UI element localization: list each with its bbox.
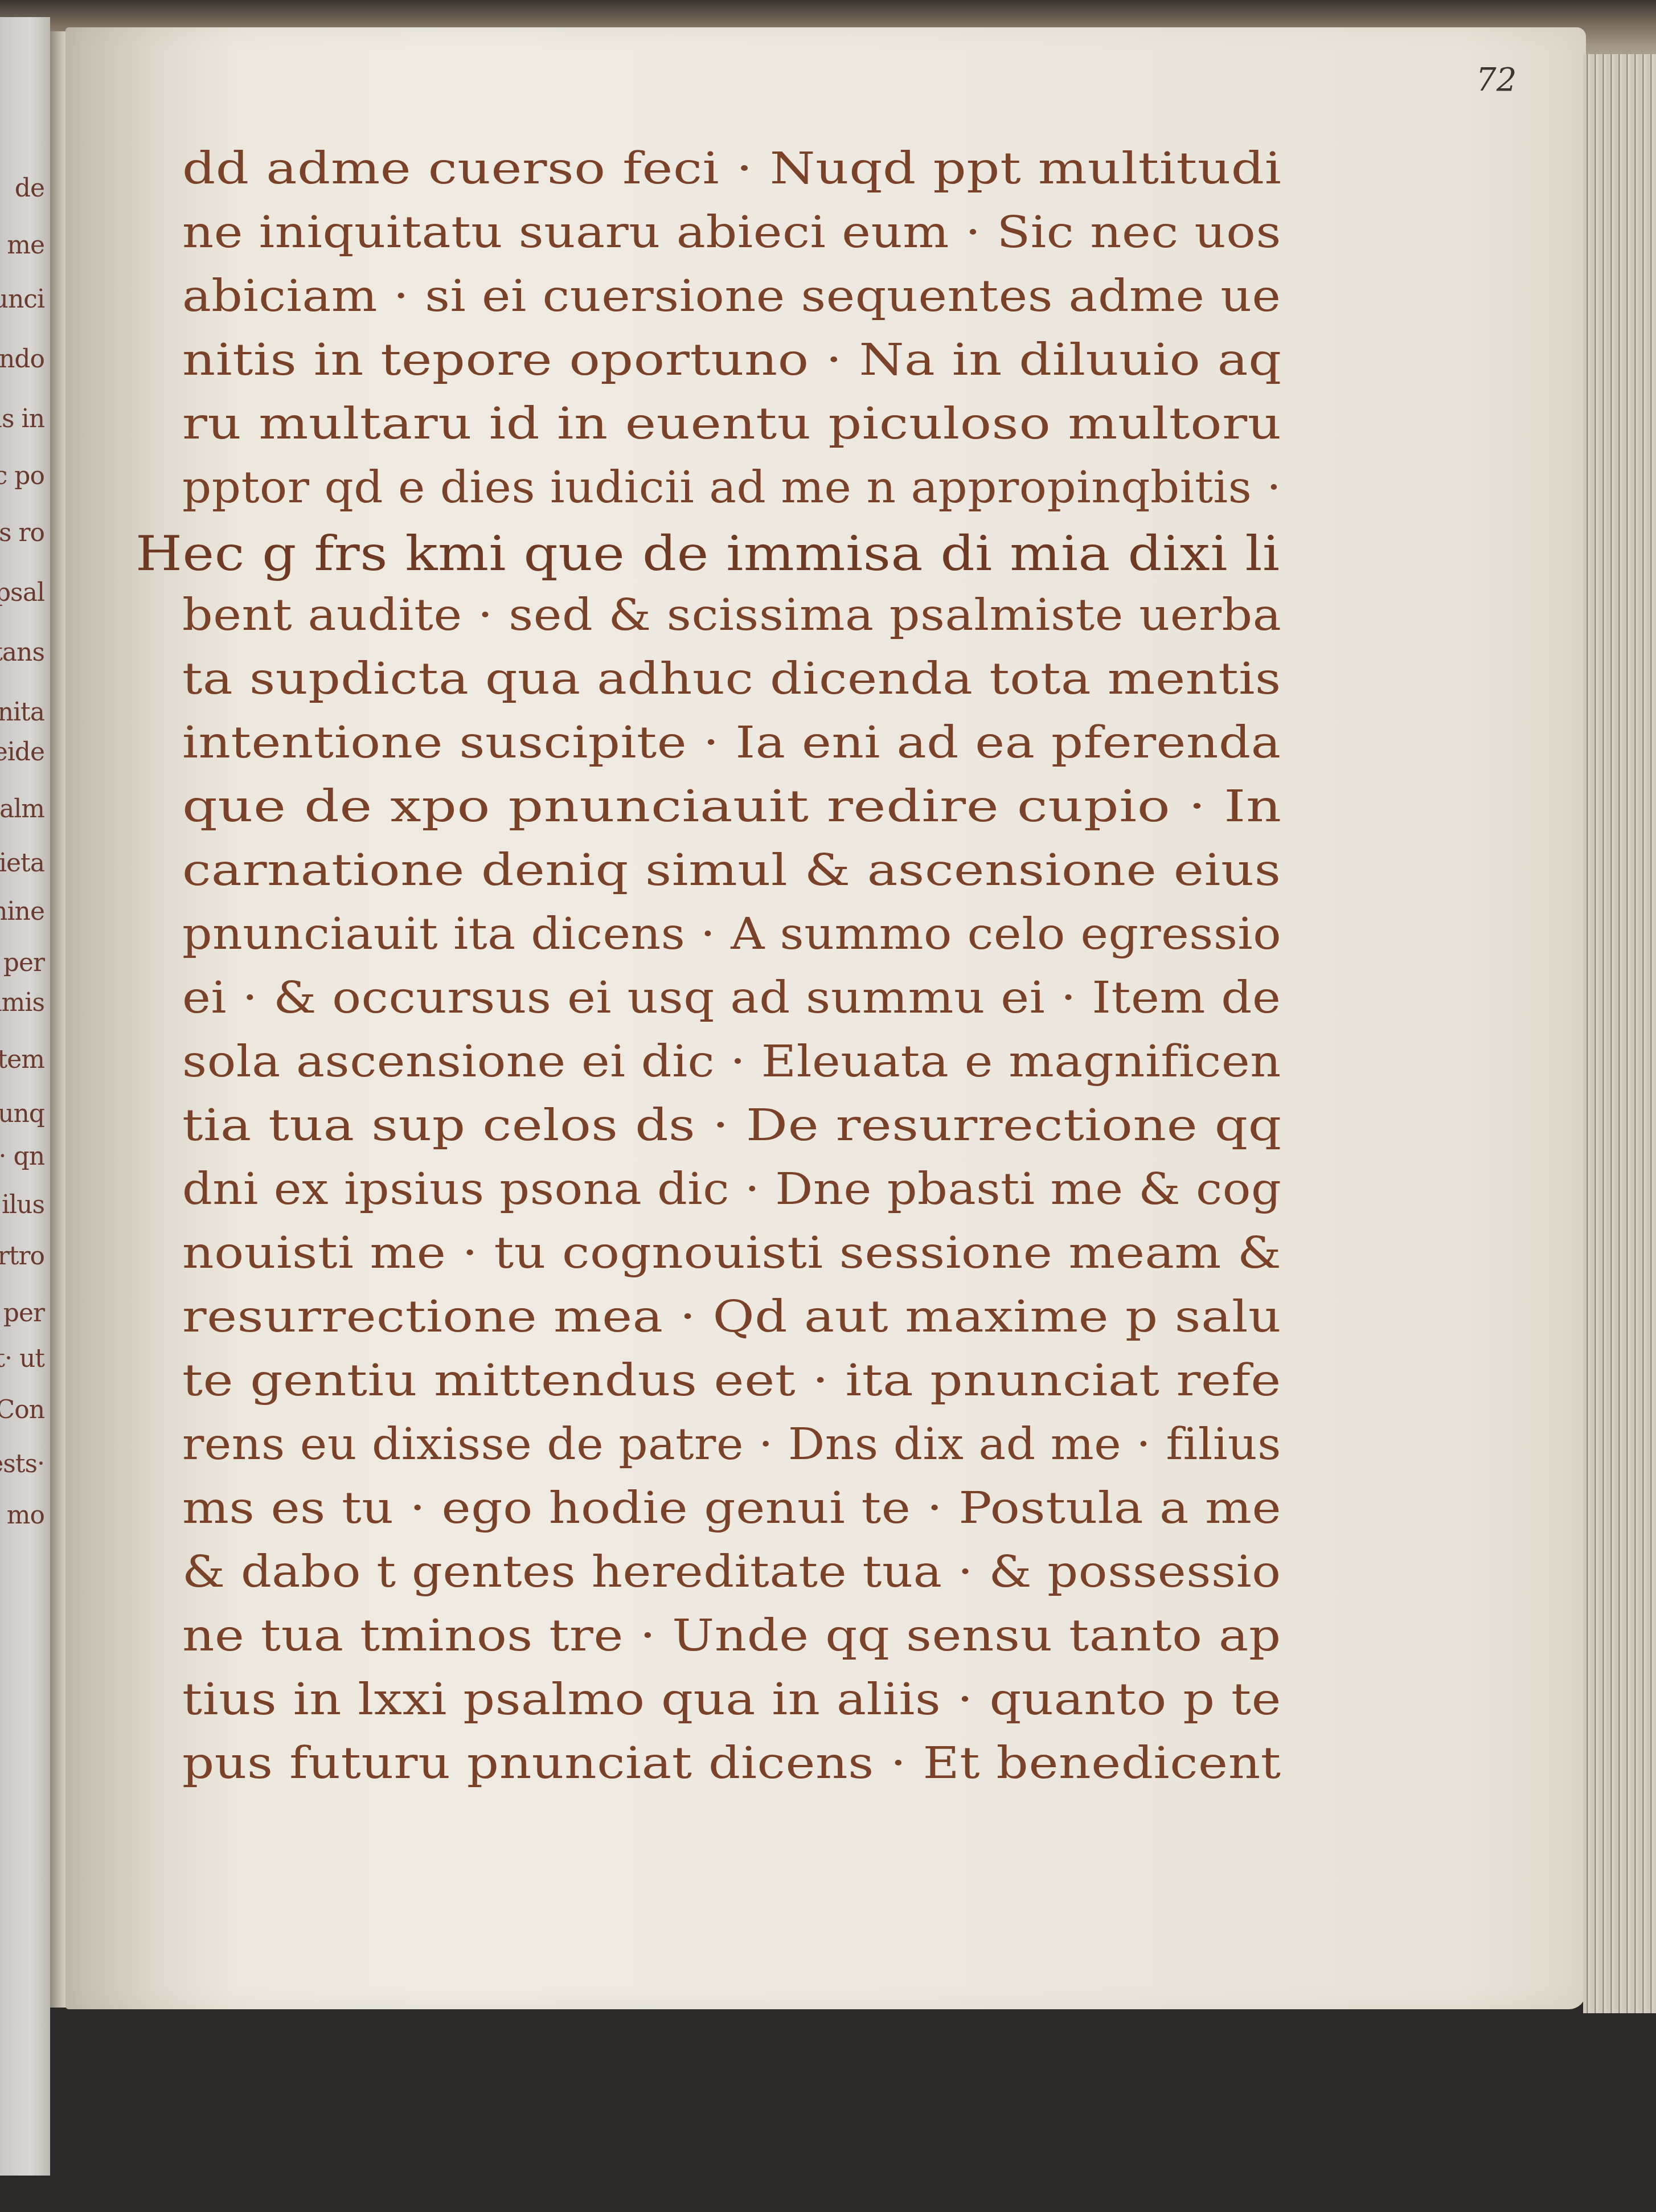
text-line: intentione suscipite · Ia eni ad ea pfer… (182, 721, 1281, 764)
text-line: sola ascensione ei dic · Eleuata e magni… (182, 1040, 1281, 1083)
left-fragment-line: q· per (0, 948, 44, 977)
left-fragment-line: ertro (0, 1242, 44, 1271)
text-line: & dabo t gentes hereditate tua · & posse… (182, 1550, 1281, 1594)
text-line: te gentiu mittendus eet · ita pnunciat r… (182, 1359, 1281, 1402)
text-line: tia tua sup celos ds · De resurrectione … (182, 1104, 1282, 1147)
left-fragment-line: rimis (0, 988, 44, 1017)
left-fragment-line: t· qn (0, 1142, 44, 1171)
text-line: rens eu dixisse de patre · Dns dix ad me… (182, 1423, 1281, 1466)
left-fragment-line: salm (0, 794, 44, 824)
left-fragment-line: c po (0, 461, 44, 490)
text-line: dd adme cuerso feci · Nuqd ppt multitudi (182, 147, 1281, 190)
left-fragment-line: unq (0, 1099, 44, 1128)
folio-number: 72 (1476, 62, 1516, 99)
left-fragment-line: t· ut (0, 1344, 44, 1373)
text-line: nouisti me · tu cognouisti sessione meam… (182, 1231, 1281, 1275)
text-line: ta supdicta qua adhuc dicenda tota menti… (182, 657, 1281, 701)
text-line: ne tua tminos tre · Unde qq sensu tanto … (182, 1614, 1281, 1657)
text-line: pptor qd e dies iudicii ad me n appropin… (182, 466, 1281, 509)
text-line: dni ex ipsius psona dic · Dne pbasti me … (182, 1168, 1281, 1211)
text-line: pus futuru pnunciat dicens · Et benedice… (182, 1742, 1281, 1785)
left-fragment-line: tatem (0, 1045, 44, 1074)
page-fore-edge (1583, 54, 1656, 2013)
text-line: que de xpo pnunciauit redire cupio · In (182, 785, 1282, 828)
left-fragment-line: ta psal (0, 578, 44, 607)
left-fragment-line: a ests· (0, 1449, 44, 1478)
text-line: tius in lxxi psalmo qua in aliis · quant… (182, 1678, 1281, 1721)
left-fragment-line: · Con (0, 1395, 44, 1424)
text-line: ru multaru id in euentu piculoso multoru (182, 402, 1281, 445)
left-fragment-line: ilus (2, 1190, 44, 1219)
book-binding-bottom (0, 2005, 1656, 2212)
left-page-fragment: de me unci ndo as in c po Quis ro ta psa… (0, 17, 50, 2176)
left-fragment-line: mine (0, 897, 44, 926)
text-line: nitis in tepore oportuno · Na in diluuio… (182, 338, 1282, 382)
text-line: resurrectione mea · Qd aut maxime p salu (182, 1295, 1281, 1338)
text-line: ms es tu · ego hodie genui te · Postula … (182, 1486, 1281, 1530)
text-line: ei · & occursus ei usq ad summu ei · Ite… (182, 976, 1281, 1019)
left-fragment-line: ndo (0, 345, 44, 374)
text-line: bent audite · sed & scissima psalmiste u… (182, 593, 1281, 637)
left-fragment-line: o mo (0, 1501, 44, 1530)
left-fragment-line: pieta (0, 849, 44, 878)
left-fragment-line: unci (0, 285, 44, 314)
left-fragment-line: e per (0, 1298, 44, 1328)
left-fragment-line: me (7, 231, 44, 260)
text-line: abiciam · si ei cuersione sequentes adme… (182, 275, 1281, 318)
left-fragment-line: Quis ro (0, 518, 44, 547)
text-line: pnunciauit ita dicens · A summo celo egr… (182, 912, 1281, 956)
left-fragment-line: de (15, 174, 44, 203)
text-line: ne iniquitatu suaru abieci eum · Sic nec… (182, 211, 1281, 254)
text-line-initial: Hec g frs kmi que de immisa di mia dixi … (136, 530, 1280, 577)
left-fragment-line: eide (0, 738, 44, 767)
left-fragment-line: tans (0, 638, 44, 667)
left-fragment-line: as in (0, 404, 44, 433)
left-fragment-line: nita (0, 698, 44, 727)
text-line: carnatione deniq simul & ascensione eius (182, 849, 1281, 892)
